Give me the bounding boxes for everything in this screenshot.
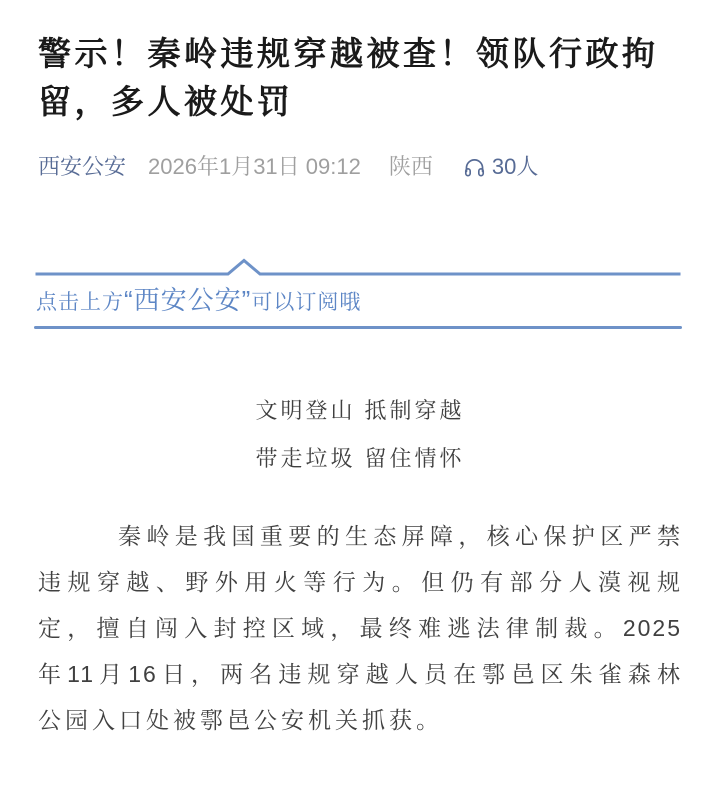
subscribe-hint-text: 点击上方“西安公安”可以订阅哦	[34, 285, 682, 318]
publish-location: 陕西	[389, 152, 433, 182]
listen-count: 30人	[492, 152, 538, 182]
slogan-block: 文明登山 抵制穿越 带走垃圾 留住情怀	[38, 387, 682, 483]
paragraph-line: 公园入口处被鄠邑公安机关抓获。	[38, 697, 682, 743]
bottom-divider-line	[34, 326, 682, 329]
paragraph-line: 年11月16日，两名违规穿越人员在鄠邑区朱雀森林	[38, 651, 682, 697]
subscribe-hint-account-name: “西安公安”	[124, 285, 251, 315]
paragraph-line: 秦岭是我国重要的生态屏障，核心保护区严禁	[38, 513, 682, 559]
slogan-line-2: 带走垃圾 留住情怀	[38, 435, 682, 483]
article-title: 警示！秦岭违规穿越被查！领队行政拘留，多人被处罚	[38, 0, 682, 126]
headset-icon	[463, 156, 492, 179]
body-paragraph: 秦岭是我国重要的生态屏障，核心保护区严禁 违规穿越、野外用火等行为。但仍有部分人…	[38, 513, 682, 743]
account-name-link[interactable]: 西安公安	[38, 152, 126, 182]
paragraph-line: 定，擅自闯入封控区域，最终难逃法律制裁。2025	[38, 605, 682, 651]
listen-badge[interactable]: 30人	[463, 152, 538, 182]
article-page: 警示！秦岭违规穿越被查！领队行政拘留，多人被处罚 西安公安 2026年1月31日…	[0, 0, 720, 743]
publish-date: 2026年1月31日 09:12	[148, 152, 361, 182]
paragraph-line: 违规穿越、野外用火等行为。但仍有部分人漠视规	[38, 559, 682, 605]
subscribe-hint-prefix: 点击上方	[36, 291, 124, 314]
slogan-line-1: 文明登山 抵制穿越	[38, 387, 682, 435]
subscribe-banner: 点击上方“西安公安”可以订阅哦	[34, 258, 682, 329]
subscribe-hint-suffix: 可以订阅哦	[251, 291, 361, 314]
article-meta-row: 西安公安 2026年1月31日 09:12 陕西 30人	[38, 152, 682, 182]
caret-divider-line	[34, 258, 682, 276]
